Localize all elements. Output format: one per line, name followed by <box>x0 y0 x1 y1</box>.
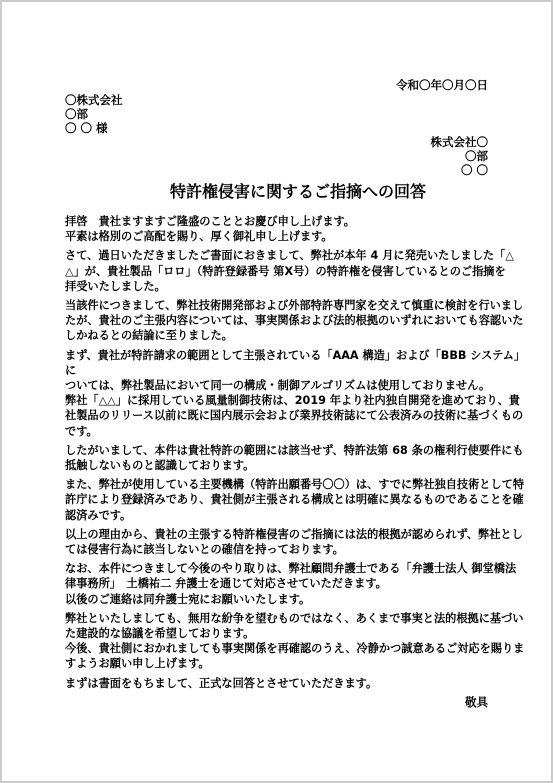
closing-word: 敬具 <box>65 695 531 710</box>
sender-person: 〇 〇 <box>65 163 531 177</box>
body-line: です。 <box>65 424 531 439</box>
body-line: 抵触しないものと認識しております。 <box>65 458 531 473</box>
letter-document: 令和〇年〇月〇日 〇株式会社 〇部 〇 〇 様 株式会社〇 〇部 〇 〇 特許権… <box>0 0 553 783</box>
body-line: 弊社「△△」に採用している風量制御技術は、2019 年より社内独自開発を進めてお… <box>65 393 531 408</box>
body-line: また、弊社が使用している主要機構（特許出願番号〇〇）は、すでに弊社独自技術として… <box>65 477 531 492</box>
body-line: △」が、貴社製品「ロロ」（特許登録番号 第X号）の特許権を侵害しているとのご指摘… <box>65 264 531 279</box>
body-line: 拝啓 貴社ますますご隆盛のこととお慶び申し上げます。 <box>65 214 531 229</box>
recipient-company: 〇株式会社 <box>65 93 531 107</box>
body-paragraph: 弊社といたしましても、無用な紛争を望むものではなく、あくまで事実と法的根拠に基づ… <box>65 611 531 672</box>
body-line: 平素は格別のご高配を賜り、厚く御礼申し上げます。 <box>65 229 531 244</box>
body-line: 拝受いたしました。 <box>65 279 531 294</box>
letter-title: 特許権侵害に関するご指摘への回答 <box>65 182 531 202</box>
body-paragraph: 以上の理由から、貴社の主張する特許権侵害のご指摘には法的根拠が認められず、弊社と… <box>65 527 531 557</box>
body-paragraph: 当該件につきまして、弊社技術開発部および外部特許専門家を交えて慎重に検討を行いま… <box>65 298 531 344</box>
letter-body: 拝啓 貴社ますますご隆盛のこととお慶び申し上げます。平素は格別のご高配を賜り、厚… <box>65 214 531 691</box>
body-paragraph: なお、本件につきまして今後のやり取りは、弊社顧問弁護士である「弁護士法人 御堂橋… <box>65 561 531 607</box>
body-line: たが、貴社のご主張内容については、事実関係および法的根拠のいずれにおいても容認い… <box>65 313 531 328</box>
body-line: しかねるとの結論に至りました。 <box>65 328 531 343</box>
body-line: したがいまして、本件は貴社特許の範囲には該当せず、特許法第 68 条の権利行使要… <box>65 443 531 458</box>
body-line: すようお願い申し上げます。 <box>65 656 531 671</box>
body-paragraph: まず、貴社が特許請求の範囲として主張されている「AAA 構造」および「BBB シ… <box>65 348 531 439</box>
body-line: 許庁により登録済みであり、貴社側が主張される構成とは明確に異なるものであることを… <box>65 492 531 507</box>
body-line: ついては、弊社製品において同一の構成・制御アルゴリズムは使用しておりません。 <box>65 378 531 393</box>
body-line: 律事務所」 土橋祐二 弁護士を通じて対応させていただきます。 <box>65 576 531 591</box>
recipient-block: 〇株式会社 〇部 〇 〇 様 <box>65 93 531 135</box>
sender-block: 株式会社〇 〇部 〇 〇 <box>65 135 531 177</box>
body-line: 当該件につきまして、弊社技術開発部および外部特許専門家を交えて慎重に検討を行いま… <box>65 298 531 313</box>
recipient-department: 〇部 <box>65 107 531 121</box>
body-line: まず、貴社が特許請求の範囲として主張されている「AAA 構造」および「BBB シ… <box>65 348 531 378</box>
body-line: た建設的な協議を希望しております。 <box>65 626 531 641</box>
body-line: まずは書面をもちまして、正式な回答とさせていただきます。 <box>65 676 531 691</box>
body-paragraph: また、弊社が使用している主要機構（特許出願番号〇〇）は、すでに弊社独自技術として… <box>65 477 531 523</box>
body-line: 弊社といたしましても、無用な紛争を望むものではなく、あくまで事実と法的根拠に基づ… <box>65 611 531 626</box>
body-line: 認済みです。 <box>65 508 531 523</box>
recipient-person: 〇 〇 様 <box>65 121 531 135</box>
body-paragraph: さて、過日いただきましたご書面におきまして、弊社が本年 4 月に発売いたしました… <box>65 248 531 294</box>
body-paragraph: したがいまして、本件は貴社特許の範囲には該当せず、特許法第 68 条の権利行使要… <box>65 443 531 473</box>
sender-company: 株式会社〇 <box>65 135 531 149</box>
body-line: なお、本件につきまして今後のやり取りは、弊社顧問弁護士である「弁護士法人 御堂橋… <box>65 561 531 576</box>
body-paragraph: まずは書面をもちまして、正式な回答とさせていただきます。 <box>65 676 531 691</box>
body-line: 社製品のリリース以前に既に国内展示会および業界技術誌にて公表済みの技術に基づくも… <box>65 408 531 423</box>
letter-date: 令和〇年〇月〇日 <box>65 78 531 93</box>
body-paragraph: 拝啓 貴社ますますご隆盛のこととお慶び申し上げます。平素は格別のご高配を賜り、厚… <box>65 214 531 244</box>
body-line: 以後のご連絡は同弁護士宛にお願いいたします。 <box>65 592 531 607</box>
body-line: 今後、貴社側におかれましても事実関係を再確認のうえ、冷静かつ誠意あるご対応を賜り… <box>65 641 531 656</box>
body-line: ては侵害行為に該当しないとの確信を持っております。 <box>65 542 531 557</box>
sender-department: 〇部 <box>65 149 531 163</box>
body-line: さて、過日いただきましたご書面におきまして、弊社が本年 4 月に発売いたしました… <box>65 248 531 263</box>
body-line: 以上の理由から、貴社の主張する特許権侵害のご指摘には法的根拠が認められず、弊社と… <box>65 527 531 542</box>
